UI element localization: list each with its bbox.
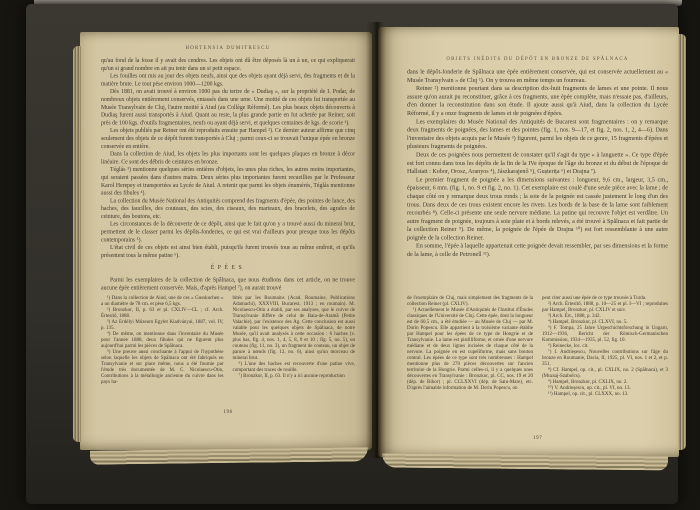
- footnote-column-1: de l'exemplaire de Cluj, mais simplement…: [407, 295, 533, 397]
- right-footnotes: de l'exemplaire de Cluj, mais simplement…: [407, 295, 668, 397]
- page-stack-edge-right: [678, 34, 686, 450]
- body-paragraph: Les fouilles ont mis au jour des objets …: [101, 72, 355, 88]
- body-paragraph: Parmi les exemplaires de la collection d…: [101, 276, 355, 292]
- page-number-right: 197: [407, 435, 668, 441]
- page-stack-edge-left: [73, 46, 81, 442]
- footnote: ¹) Dans la collection de Aiud, une de ce…: [101, 295, 224, 307]
- body-paragraph: Dès 1881, on avait trouvé à environ 1000…: [101, 88, 355, 127]
- running-header-right: OBJETS INÉDITS DU DÉPÔT EN BRONZE DE SPĂ…: [407, 56, 668, 62]
- body-paragraph: Les circonstances de la découverte de ce…: [101, 220, 355, 243]
- footnote: ⁵) F. Tompa, 25 Jahre Urgeschichtsforsch…: [542, 325, 668, 343]
- body-paragraph: Reiner ²) mentionne pourtant dans sa des…: [407, 84, 668, 117]
- footnote: ¹) Actuellement le Musée d'Antiquités de…: [407, 307, 533, 391]
- footnote: de l'exemplaire de Cluj, mais simplement…: [407, 295, 533, 307]
- gutter-shadow: [366, 22, 386, 458]
- right-page: OBJETS INÉDITS DU DÉPÔT EN BRONZE DE SPĂ…: [378, 27, 679, 457]
- left-page-text: HORTENSIA DUMITRESCU qu'au fond de la fo…: [101, 45, 355, 450]
- right-page-text: OBJETS INÉDITS DU DÉPÔT EN BRONZE DE SPĂ…: [407, 56, 668, 457]
- footnote: ⁷) I. Andrieșescu, Nouvelles contributio…: [542, 349, 668, 367]
- footnote: bités par les Roumains (Acad. Roumaine, …: [233, 295, 356, 361]
- body-paragraph: L'état civil de ces objets est ainsi bie…: [101, 244, 355, 260]
- body-paragraph: En somme, l'épée à laquelle appartenait …: [407, 242, 668, 259]
- body-paragraph: Téglás ³) mentionne quelques séries enti…: [101, 166, 355, 197]
- footnote: ⁵) Une preuve aussi concluante à l'appui…: [101, 349, 224, 385]
- body-paragraph: Deux de ces poignées nous permettent de …: [407, 150, 668, 175]
- body-paragraph: Dans la collection de Aiud, les objets l…: [101, 150, 355, 166]
- body-paragraph: Les objets publiés par Reiner ont été re…: [101, 127, 355, 150]
- page-stack-bottom-left: [90, 447, 368, 464]
- footnote: ²) Bronzkor, II, p. 63 et pl. CXLIV—CL ;…: [101, 307, 224, 319]
- running-header-left: HORTENSIA DUMITRESCU: [101, 45, 355, 51]
- footnote: ⁷) Bronzkor, II, p. 63. Il n'y a ici auc…: [233, 373, 356, 379]
- body-paragraph: qu'au fond de la fosse il y avait des ce…: [101, 57, 355, 73]
- left-page: HORTENSIA DUMITRESCU qu'au fond de la fo…: [80, 32, 372, 450]
- page-number-left: 196: [101, 409, 355, 415]
- footnote-column-1: ¹) Dans la collection de Aiud, une de ce…: [101, 295, 224, 385]
- footnote-column-2: peut citer aussi une épée de ce type tro…: [542, 295, 668, 397]
- footnote: ⁶) L'une des haches est recouverte d'une…: [233, 361, 356, 373]
- footnote: ²) Arch. Értesítő, 1888, p. 10—25 et pl.…: [542, 301, 668, 313]
- footnote: ³) Az Erdélyi Múzeum Egylet Kiadványai, …: [101, 319, 224, 331]
- book: HORTENSIA DUMITRESCU qu'au fond de la fo…: [26, 4, 678, 504]
- footnote: ⁴) De même, on mentionne dans l'inventai…: [101, 331, 224, 349]
- section-heading-epees: ÉPÉES: [101, 264, 355, 272]
- page-stack-bottom-right: [382, 454, 668, 471]
- footnote: ⁸) Cf. Hampel, op. cit., pl. CXLIX, no. …: [542, 367, 668, 379]
- body-paragraph: dans le dépôt-fonderie de Spălnaca une é…: [407, 68, 668, 85]
- left-footnotes: ¹) Dans la collection de Aiud, une de ce…: [101, 295, 355, 385]
- footnote-column-2: bités par les Roumains (Acad. Roumaine, …: [233, 295, 356, 385]
- left-body: qu'au fond de la fosse il y avait des ce…: [101, 57, 355, 292]
- footnote: ¹¹) Hampel, op. cit., pl. CLXXX, no. 13.: [542, 391, 668, 397]
- body-paragraph: La collection du Musée National des Anti…: [101, 197, 355, 220]
- body-paragraph: Les exemplaires du Musée National des An…: [407, 117, 668, 150]
- right-body: dans le dépôt-fonderie de Spălnaca une é…: [407, 68, 668, 259]
- body-paragraph: Le premier fragment de poignée a les dim…: [407, 175, 668, 241]
